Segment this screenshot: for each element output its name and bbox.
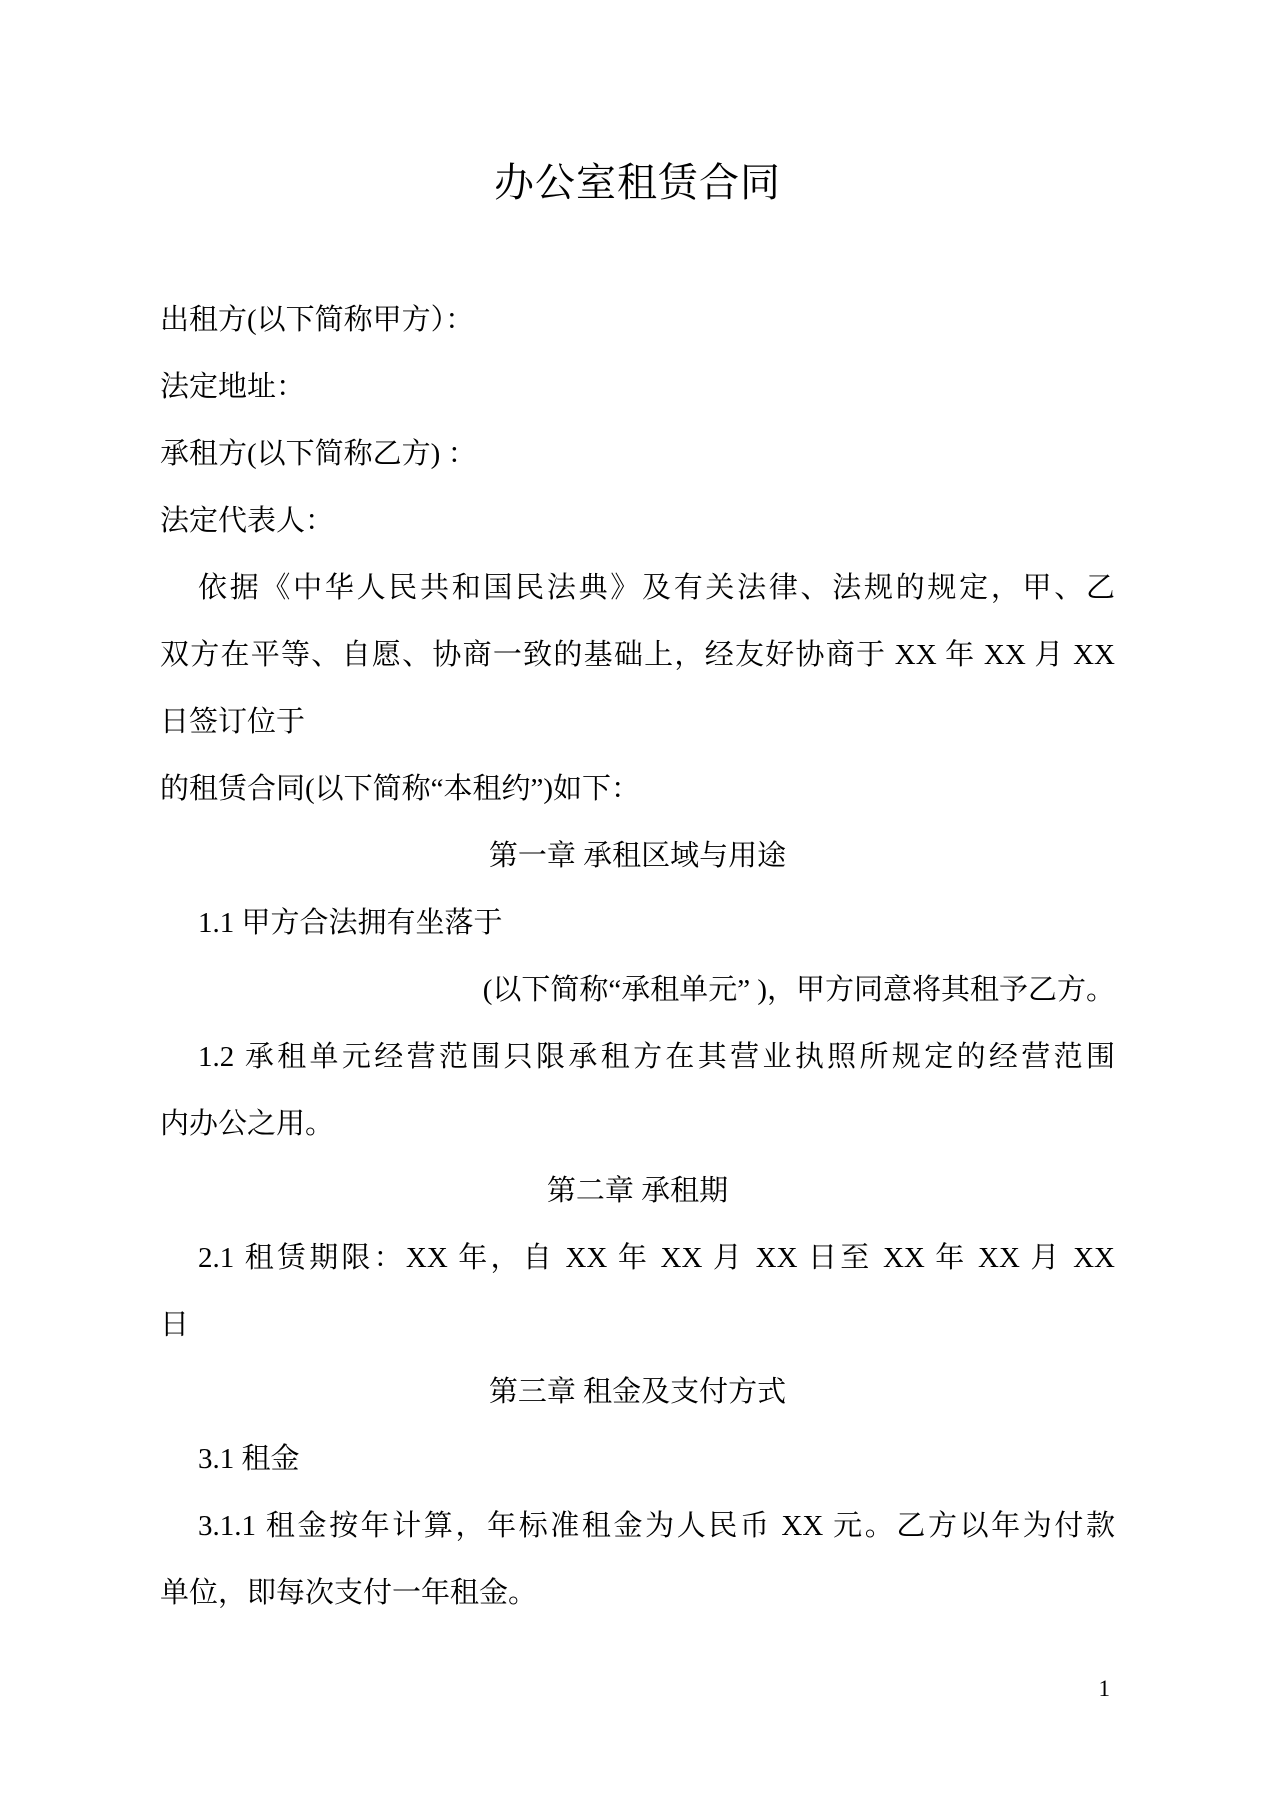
preamble-line-1: 依据《中华人民共和国民法典》及有关法律、法规的规定，甲、乙 xyxy=(160,555,1115,622)
contract-body: 办公室租赁合同 出租方(以下简称甲方）： 法定地址： 承租方(以下简称乙方) ：… xyxy=(160,143,1115,1627)
clause-1-1-line-1: 1.1 甲方合法拥有坐落于 xyxy=(160,890,1115,957)
preamble-line-4: 的租赁合同(以下简称“本租约”)如下： xyxy=(160,756,1115,823)
contract-page: 办公室租赁合同 出租方(以下简称甲方）： 法定地址： 承租方(以下简称乙方) ：… xyxy=(0,0,1280,1810)
clause-3-1-1-line-2: 单位，即每次支付一年租金。 xyxy=(160,1560,1115,1627)
clause-3-1-1-line-1: 3.1.1 租金按年计算，年标准租金为人民币 XX 元。乙方以年为付款 xyxy=(160,1493,1115,1560)
chapter-3-heading: 第三章 租金及支付方式 xyxy=(160,1359,1115,1426)
title-spacer xyxy=(160,223,1115,287)
clause-2-1-line-2: 日 xyxy=(160,1292,1115,1359)
preamble-line-3: 日签订位于 xyxy=(160,689,1115,756)
lessor-line: 出租方(以下简称甲方）： xyxy=(160,287,1115,354)
legal-address-line: 法定地址： xyxy=(160,354,1115,421)
preamble-line-2: 双方在平等、自愿、协商一致的基础上，经友好协商于 XX 年 XX 月 XX xyxy=(160,622,1115,689)
chapter-1-heading: 第一章 承租区域与用途 xyxy=(160,823,1115,890)
clause-3-1-heading: 3.1 租金 xyxy=(160,1426,1115,1493)
chapter-2-heading: 第二章 承租期 xyxy=(160,1158,1115,1225)
clause-2-1-line-1: 2.1 租赁期限：XX 年，自 XX 年 XX 月 XX 日至 XX 年 XX … xyxy=(160,1225,1115,1292)
document-title: 办公室租赁合同 xyxy=(160,143,1115,223)
lessee-line: 承租方(以下简称乙方) ： xyxy=(160,421,1115,488)
page-number: 1 xyxy=(1099,1674,1111,1704)
clause-1-2-line-2: 内办公之用。 xyxy=(160,1091,1115,1158)
clause-1-2-line-1: 1.2 承租单元经营范围只限承租方在其营业执照所规定的经营范围 xyxy=(160,1024,1115,1091)
legal-representative-line: 法定代表人： xyxy=(160,488,1115,555)
clause-1-1-line-2: (以下简称“承租单元” )，甲方同意将其租予乙方。 xyxy=(160,957,1115,1024)
